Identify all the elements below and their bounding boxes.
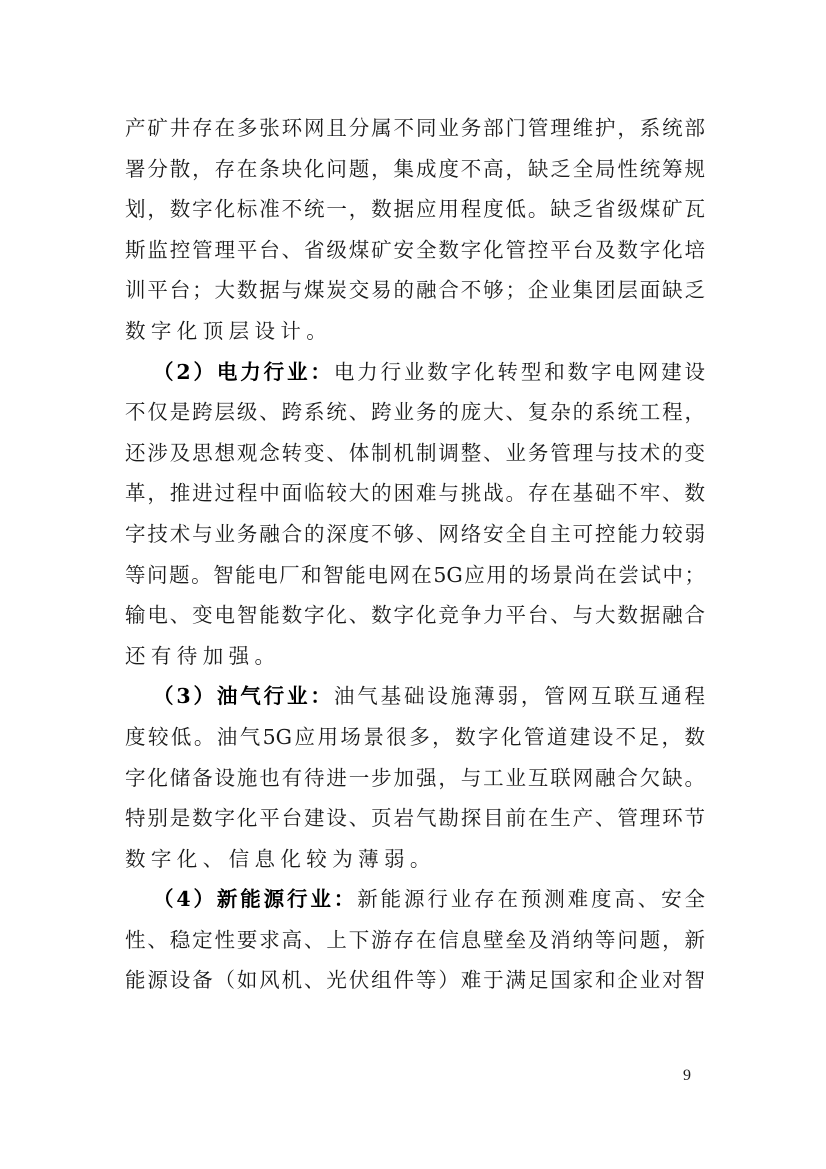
text-line: 不仅是跨层级、跨系统、跨业务的庞大、复杂的系统工程， [125, 392, 705, 433]
text-line: 斯监控管理平台、省级煤矿安全数字化管控平台及数字化培 [125, 230, 705, 271]
paragraph-new-energy-industry: （4）新能源行业：新能源行业存在预测难度高、安全 性、稳定性要求高、上下游存在信… [125, 879, 705, 1001]
paragraph-coal-continued: 产矿井存在多张环网且分属不同业务部门管理维护，系统部 署分散，存在条块化问题，集… [125, 108, 705, 352]
text-span: 油气基础设施薄弱，管网互联互通程 [334, 684, 705, 708]
text-line: 字化储备设施也有待进一步加强，与工业互联网融合欠缺。 [125, 758, 705, 799]
text-line: 等问题。智能电厂和智能电网在5G应用的场景尚在尝试中； [125, 555, 705, 596]
document-page: 产矿井存在多张环网且分属不同业务部门管理维护，系统部 署分散，存在条块化问题，集… [0, 0, 826, 1169]
section-heading: （3）油气行业： [153, 684, 334, 708]
text-line: 产矿井存在多张环网且分属不同业务部门管理维护，系统部 [125, 108, 705, 149]
text-line: 划，数字化标准不统一，数据应用程度低。缺乏省级煤矿瓦 [125, 189, 705, 230]
text-line: 字技术与业务融合的深度不够、网络安全自主可控能力较弱 [125, 514, 705, 555]
section-heading: （4）新能源行业： [153, 887, 357, 911]
page-number: 9 [683, 1067, 691, 1085]
text-span: 电力行业数字化转型和数字电网建设 [334, 360, 705, 384]
text-line: 度较低。油气5G应用场景很多，数字化管道建设不足，数 [125, 717, 705, 758]
paragraph-first-line: （3）油气行业：油气基础设施薄弱，管网互联互通程 [125, 676, 705, 717]
text-line: 训平台；大数据与煤炭交易的融合不够；企业集团层面缺乏 [125, 270, 705, 311]
text-line: 署分散，存在条块化问题，集成度不高，缺乏全局性统筹规 [125, 149, 705, 190]
text-line: 还有待加强。 [125, 636, 705, 677]
text-line: 数字化、信息化较为薄弱。 [125, 839, 705, 880]
text-line: 能源设备（如风机、光伏组件等）难于满足国家和企业对智 [125, 960, 705, 1001]
text-line: 性、稳定性要求高、上下游存在信息壁垒及消纳等问题，新 [125, 920, 705, 961]
text-line: 革，推进过程中面临较大的困难与挑战。存在基础不牢、数 [125, 473, 705, 514]
paragraph-first-line: （4）新能源行业：新能源行业存在预测难度高、安全 [125, 879, 705, 920]
text-span: 新能源行业存在预测难度高、安全 [357, 887, 705, 911]
text-line: 数字化顶层设计。 [125, 311, 705, 352]
text-line: 输电、变电智能数字化、数字化竞争力平台、与大数据融合 [125, 595, 705, 636]
paragraph-oil-gas-industry: （3）油气行业：油气基础设施薄弱，管网互联互通程 度较低。油气5G应用场景很多，… [125, 676, 705, 879]
paragraph-first-line: （2）电力行业：电力行业数字化转型和数字电网建设 [125, 352, 705, 393]
section-heading: （2）电力行业： [153, 360, 334, 384]
text-line: 特别是数字化平台建设、页岩气勘探目前在生产、管理环节 [125, 798, 705, 839]
text-line: 还涉及思想观念转变、体制机制调整、业务管理与技术的变 [125, 433, 705, 474]
body-text: 产矿井存在多张环网且分属不同业务部门管理维护，系统部 署分散，存在条块化问题，集… [125, 108, 705, 1001]
paragraph-power-industry: （2）电力行业：电力行业数字化转型和数字电网建设 不仅是跨层级、跨系统、跨业务的… [125, 352, 705, 677]
